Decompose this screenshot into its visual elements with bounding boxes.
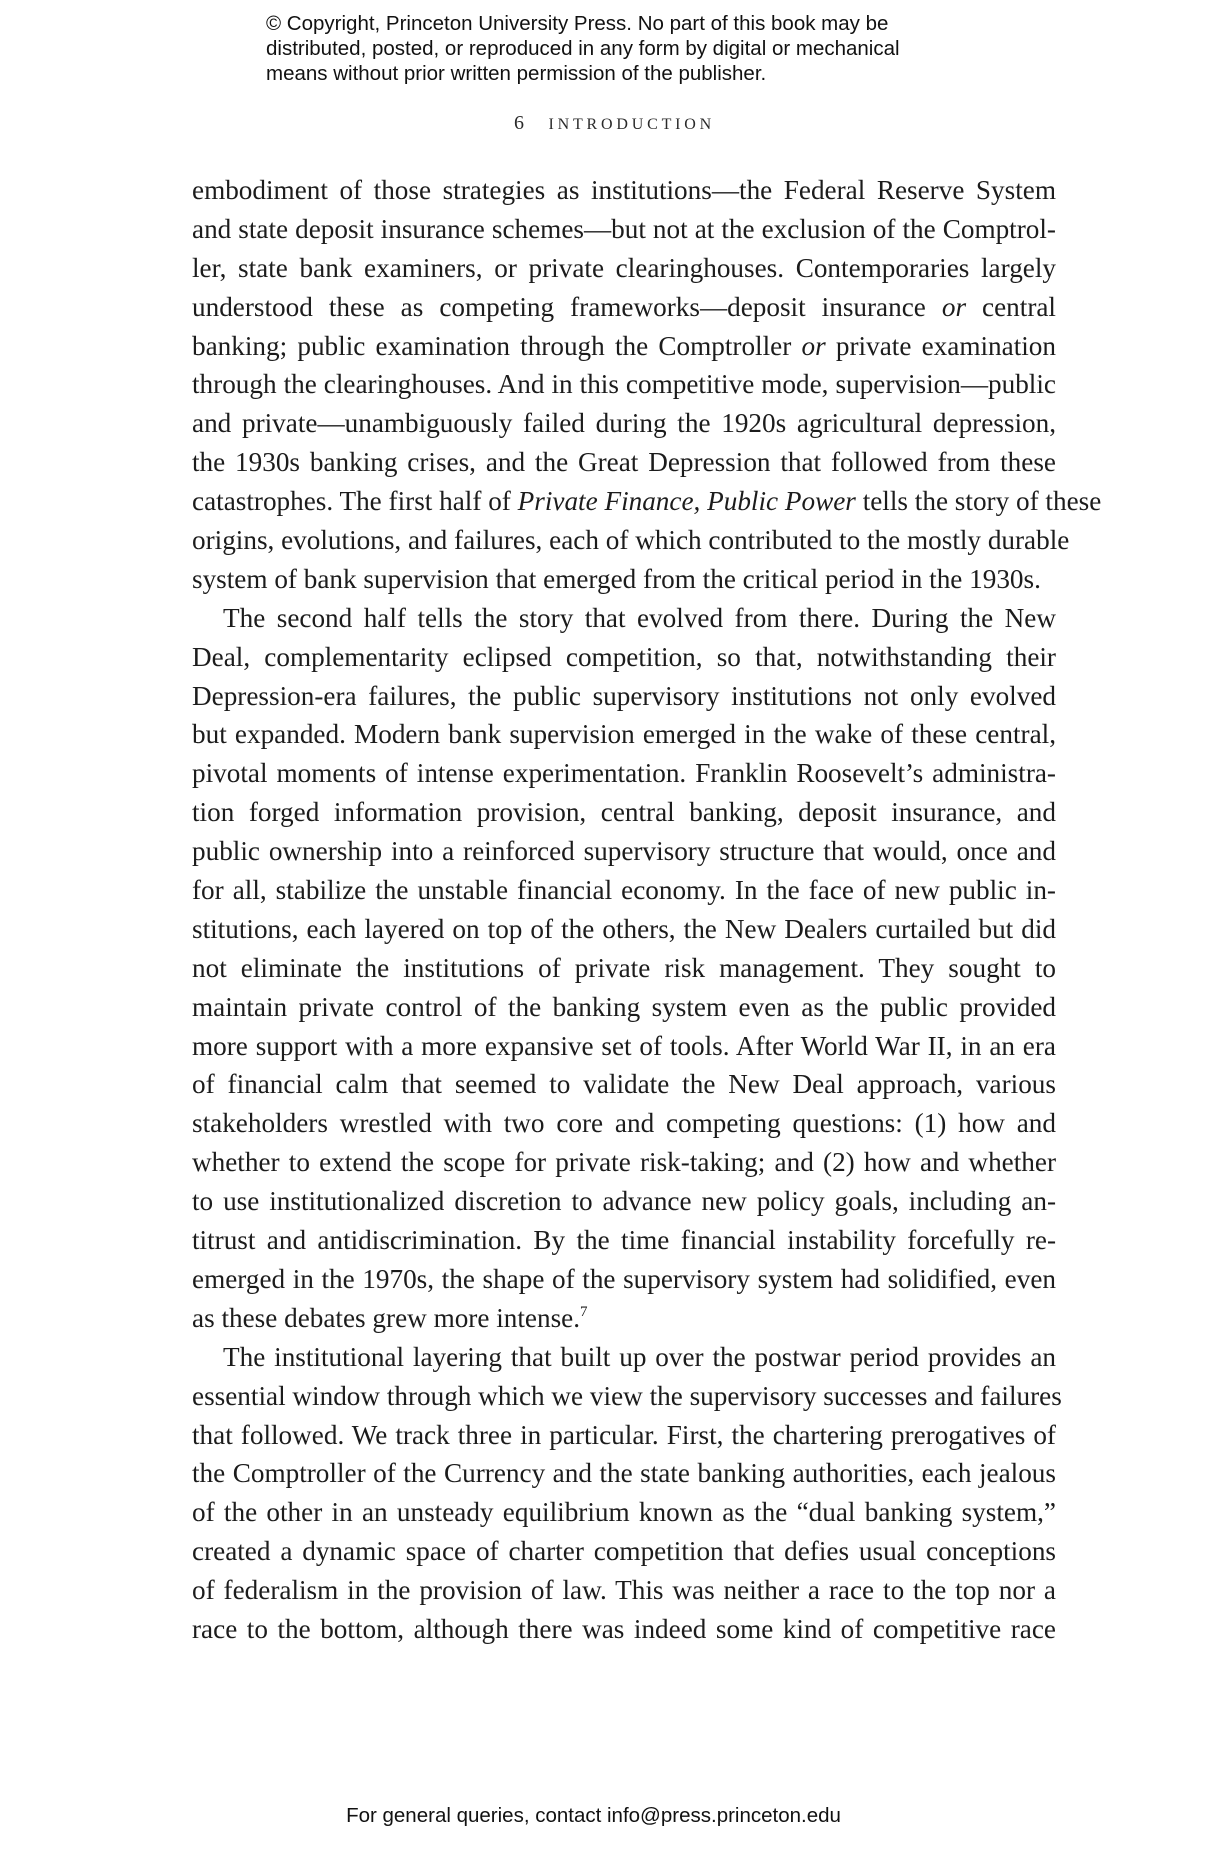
text-line: race to the bottom, although there was i… xyxy=(192,1610,1056,1649)
paragraph-2: The second half tells the story that evo… xyxy=(192,599,1056,1338)
text-line: The institutional layering that built up… xyxy=(192,1338,1056,1377)
text-line: stakeholders wrestled with two core and … xyxy=(192,1104,1056,1143)
text-line: as these debates grew more intense.7 xyxy=(192,1299,1056,1338)
text-line: Depression-era failures, the public supe… xyxy=(192,677,1056,716)
text-line: system of bank supervision that emerged … xyxy=(192,560,1056,599)
text-line: emerged in the 1970s, the shape of the s… xyxy=(192,1260,1056,1299)
copyright-notice: © Copyright, Princeton University Press.… xyxy=(266,11,986,86)
text-line: not eliminate the institutions of privat… xyxy=(192,949,1056,988)
text-line: origins, evolutions, and failures, each … xyxy=(192,521,1056,560)
paragraph-1: embodiment of those strategies as instit… xyxy=(192,171,1056,599)
text-line: of the other in an unsteady equilibrium … xyxy=(192,1493,1056,1532)
text-line: stitutions, each layered on top of the o… xyxy=(192,910,1056,949)
text-line: Deal, complementarity eclipsed competiti… xyxy=(192,638,1056,677)
text-line: created a dynamic space of charter compe… xyxy=(192,1532,1056,1571)
text-line: maintain private control of the banking … xyxy=(192,988,1056,1027)
text-line: more support with a more expansive set o… xyxy=(192,1027,1056,1066)
text-line: for all, stabilize the unstable financia… xyxy=(192,871,1056,910)
paragraph-3: The institutional layering that built up… xyxy=(192,1338,1056,1649)
text-line: titrust and antidiscrimination. By the t… xyxy=(192,1221,1056,1260)
text-line: pivotal moments of intense experimentati… xyxy=(192,754,1056,793)
section-title: INTRODUCTION xyxy=(549,116,715,133)
book-title: Private Finance, Public Power xyxy=(518,486,856,516)
text-line: understood these as competing frameworks… xyxy=(192,288,1056,327)
emphasis: or xyxy=(802,331,826,361)
text-line: tion forged information provision, centr… xyxy=(192,793,1056,832)
text-line: The second half tells the story that evo… xyxy=(192,599,1056,638)
footnote-marker[interactable]: 7 xyxy=(580,1304,588,1320)
emphasis: or xyxy=(942,292,966,322)
text-line: whether to extend the scope for private … xyxy=(192,1143,1056,1182)
text-line: and private—unambiguously failed during … xyxy=(192,404,1056,443)
text-line: through the clearinghouses. And in this … xyxy=(192,365,1056,404)
footer-contact: For general queries, contact info@press.… xyxy=(0,1803,1225,1829)
text-line: that followed. We track three in particu… xyxy=(192,1416,1056,1455)
text-line: banking; public examination through the … xyxy=(192,327,1056,366)
text-line: of federalism in the provision of law. T… xyxy=(192,1571,1056,1610)
text-line: embodiment of those strategies as instit… xyxy=(192,171,1056,210)
copyright-line: means without prior written permission o… xyxy=(266,61,986,86)
text-line: but expanded. Modern bank supervision em… xyxy=(192,715,1056,754)
copyright-line: © Copyright, Princeton University Press.… xyxy=(266,11,986,36)
body-text: embodiment of those strategies as instit… xyxy=(192,171,1056,1649)
text-line: and state deposit insurance schemes—but … xyxy=(192,210,1056,249)
running-head: 6 INTRODUCTION xyxy=(0,111,1225,137)
copyright-line: distributed, posted, or reproduced in an… xyxy=(266,36,986,61)
text-line: catastrophes. The first half of Private … xyxy=(192,482,1056,521)
text-line: ler, state bank examiners, or private cl… xyxy=(192,249,1056,288)
text-line: the Comptroller of the Currency and the … xyxy=(192,1454,1056,1493)
text-line: of financial calm that seemed to validat… xyxy=(192,1065,1056,1104)
text-line: essential window through which we view t… xyxy=(192,1377,1056,1416)
text-line: public ownership into a reinforced super… xyxy=(192,832,1056,871)
text-line: to use institutionalized discretion to a… xyxy=(192,1182,1056,1221)
text-line: the 1930s banking crises, and the Great … xyxy=(192,443,1056,482)
page-number: 6 xyxy=(514,112,524,134)
